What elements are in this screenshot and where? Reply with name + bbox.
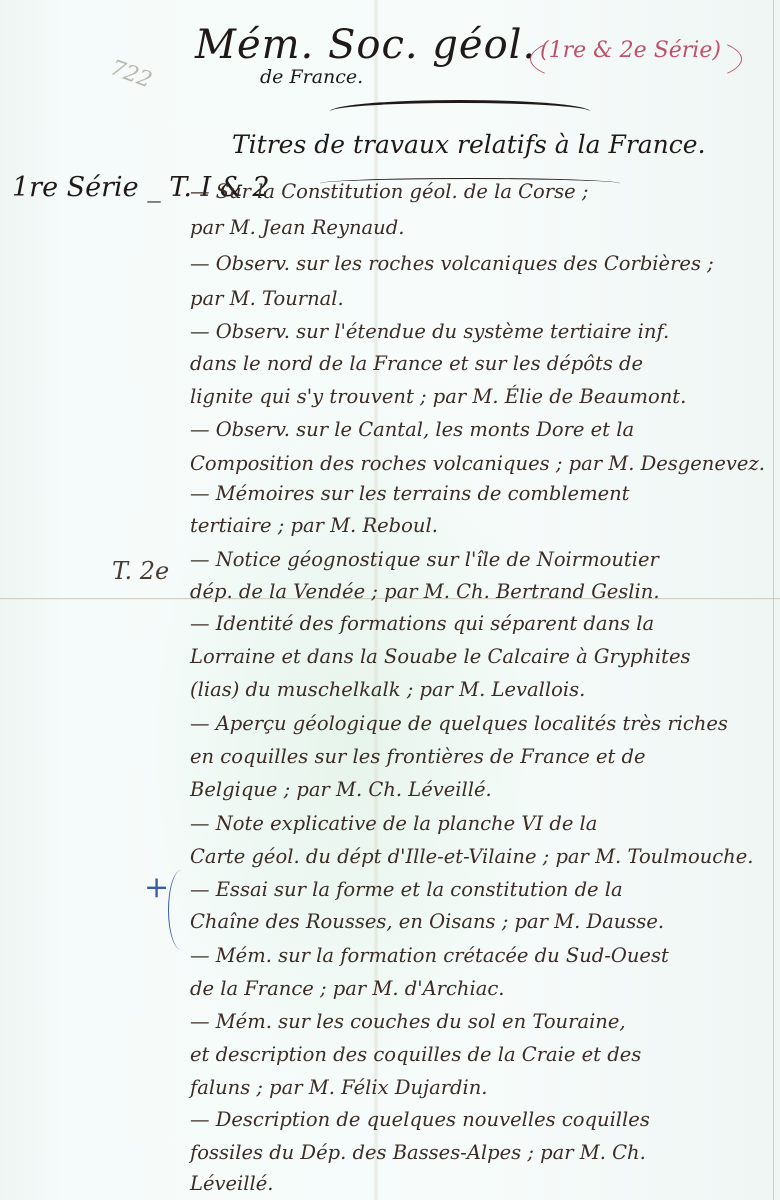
tome-2-label: T. 2e (112, 557, 169, 585)
entry-line: Carte géol. du dépt d'Ille-et-Vilaine ; … (190, 845, 753, 868)
entry-line: par M. Tournal. (190, 287, 344, 310)
entry-line: — Notice géognostique sur l'île de Noirm… (190, 548, 659, 571)
entry-line: par M. Jean Reynaud. (190, 216, 404, 239)
document-title: Mém. Soc. géol. (195, 22, 536, 68)
entry-line: Lorraine et dans la Souabe le Calcaire à… (190, 645, 691, 668)
entry-line: — Aperçu géologique de quelques localité… (190, 712, 728, 735)
title-flourish (330, 100, 590, 123)
entry-line: — Mém. sur la formation crétacée du Sud-… (190, 944, 669, 967)
entry-line: dép. de la Vendée ; par M. Ch. Bertrand … (190, 580, 660, 603)
entry-line: — Mém. sur les couches du sol en Tourain… (190, 1010, 626, 1033)
entry-line: Léveillé. (190, 1172, 274, 1195)
entry-line: — Note explicative de la planche VI de l… (190, 812, 597, 835)
blue-cross-mark: + (144, 870, 169, 905)
entry-line: et description des coquilles de la Craie… (190, 1043, 641, 1066)
section-heading: Titres de travaux relatifs à la France. (232, 130, 706, 159)
entry-line: fossiles du Dép. des Basses-Alpes ; par … (190, 1141, 646, 1164)
entry-line: Belgique ; par M. Ch. Léveillé. (190, 778, 492, 801)
entry-line: tertiaire ; par M. Reboul. (190, 514, 438, 537)
entry-line: — Observ. sur l'étendue du système terti… (190, 320, 669, 343)
entry-line: de la France ; par M. d'Archiac. (190, 977, 504, 1000)
entry-line: Chaîne des Rousses, en Oisans ; par M. D… (190, 910, 664, 933)
entry-line: en coquilles sur les frontières de Franc… (190, 745, 646, 768)
page-edge (773, 0, 774, 1200)
entry-line: — Observ. sur le Cantal, les monts Dore … (190, 418, 634, 441)
entry-line: — Identité des formations qui séparent d… (190, 612, 654, 635)
entry-line: (lias) du muschelkalk ; par M. Levallois… (190, 678, 585, 701)
entry-line: — Description de quelques nouvelles coqu… (190, 1108, 650, 1131)
entry-line: lignite qui s'y trouvent ; par M. Élie d… (190, 385, 686, 408)
entry-line: faluns ; par M. Félix Dujardin. (190, 1076, 488, 1099)
document-title-sub: de France. (260, 66, 363, 88)
entry-line: — Observ. sur les roches volcaniques des… (190, 252, 714, 275)
entry-line: — Essai sur la forme et la constitution … (190, 878, 623, 901)
series-annotation-red: (1re & 2e Série) (540, 38, 721, 63)
entry-line: dans le nord de la France et sur les dép… (190, 352, 643, 375)
entry-line: Composition des roches volcaniques ; par… (190, 452, 765, 475)
entry-line: — Sur la Constitution géol. de la Corse … (190, 180, 588, 203)
entry-line: — Mémoires sur les terrains de comblemen… (190, 482, 630, 505)
